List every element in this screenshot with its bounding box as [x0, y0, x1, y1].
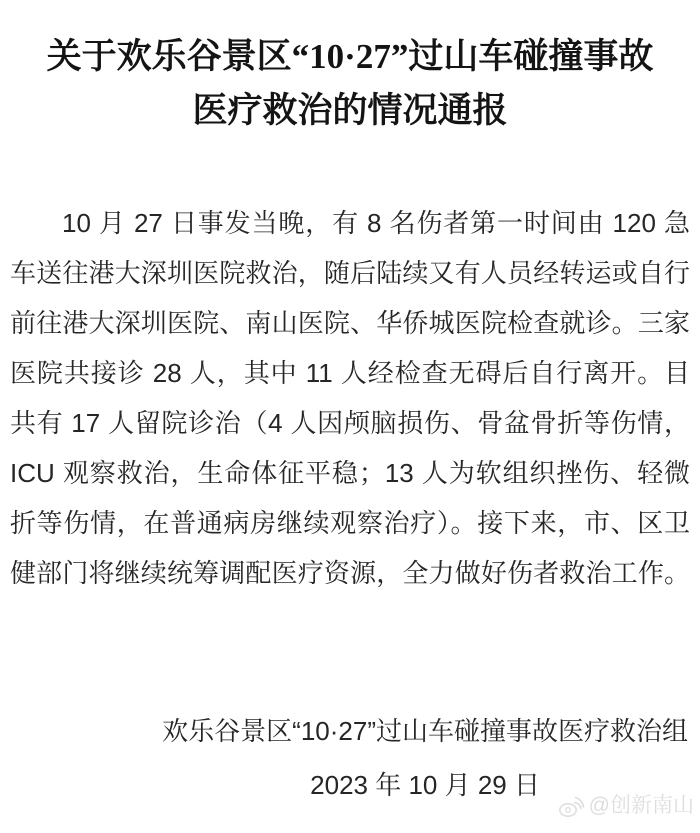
page-title-line-1: 关于欢乐谷景区“10·27”过山车碰撞事故 — [0, 30, 700, 84]
body-line: 折等伤情，在普通病房继续观察治疗）。接下来，市、区卫 — [10, 498, 690, 548]
signature-org: 欢乐谷景区“10·27”过山车碰撞事故医疗救治组 — [162, 704, 688, 758]
body-line: 10 月 27 日事发当晚，有 8 名伤者第一时间由 120 急救 — [10, 198, 690, 248]
body-line: ICU 观察救治，生命体征平稳；13 人为软组织挫伤、轻微骨 — [10, 448, 690, 498]
body-line: 医院共接诊 28 人，其中 11 人经检查无碍后自行离开。目前， — [10, 348, 690, 398]
watermark-handle: @创新南山 — [589, 792, 694, 820]
body-line: 健部门将继续统筹调配医疗资源，全力做好伤者救治工作。 — [10, 548, 690, 598]
weibo-icon — [558, 795, 585, 818]
notice-document: 关于欢乐谷景区“10·27”过山车碰撞事故 医疗救治的情况通报 10 月 27 … — [0, 0, 700, 833]
watermark: @创新南山 — [558, 792, 694, 820]
body-line: 车送往港大深圳医院救治，随后陆续又有人员经转运或自行 — [10, 248, 690, 298]
body-line: 共有 17 人留院诊治（4 人因颅脑损伤、骨盆骨折等伤情，在 — [10, 398, 690, 448]
notice-body: 10 月 27 日事发当晚，有 8 名伤者第一时间由 120 急救 车送往港大深… — [10, 198, 690, 598]
body-line: 前往港大深圳医院、南山医院、华侨城医院检查就诊。三家 — [10, 298, 690, 348]
page-title-line-2: 医疗救治的情况通报 — [0, 84, 700, 138]
page-title: 关于欢乐谷景区“10·27”过山车碰撞事故 医疗救治的情况通报 — [0, 30, 700, 138]
